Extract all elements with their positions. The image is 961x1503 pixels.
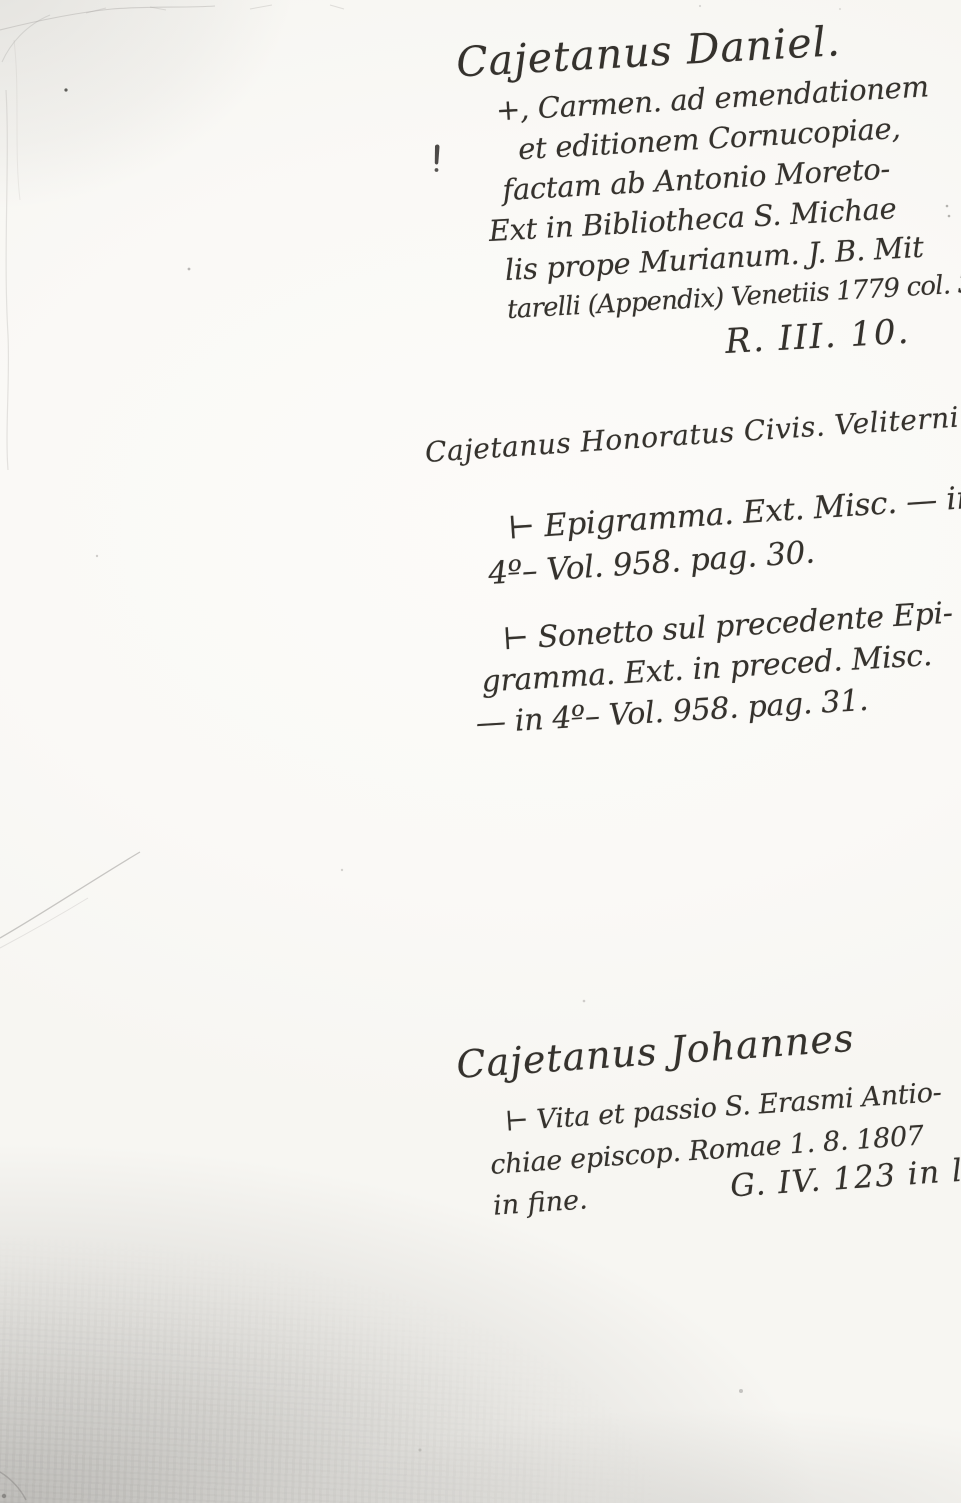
manuscript-line: in fine. bbox=[492, 1184, 588, 1221]
catalog-entry-cajetanus-johannes: Cajetanus Johannes ⊢ Vita et passio S. E… bbox=[440, 1010, 949, 1239]
paper-stain-texture bbox=[0, 1203, 760, 1503]
scanned-manuscript-page: Cajetanus Daniel. +, Carmen. ad emendati… bbox=[0, 0, 961, 1503]
catalog-entry-cajetanus-honoratus: Cajetanus Honoratus Civis. Veliterni. ⊢ … bbox=[424, 400, 961, 600]
catalog-entry-cajetanus-daniel: Cajetanus Daniel. +, Carmen. ad emendati… bbox=[430, 9, 961, 378]
catalog-entry-sonetto: ⊢ Sonetto sul precedente Epi- gramma. Ex… bbox=[424, 593, 959, 747]
